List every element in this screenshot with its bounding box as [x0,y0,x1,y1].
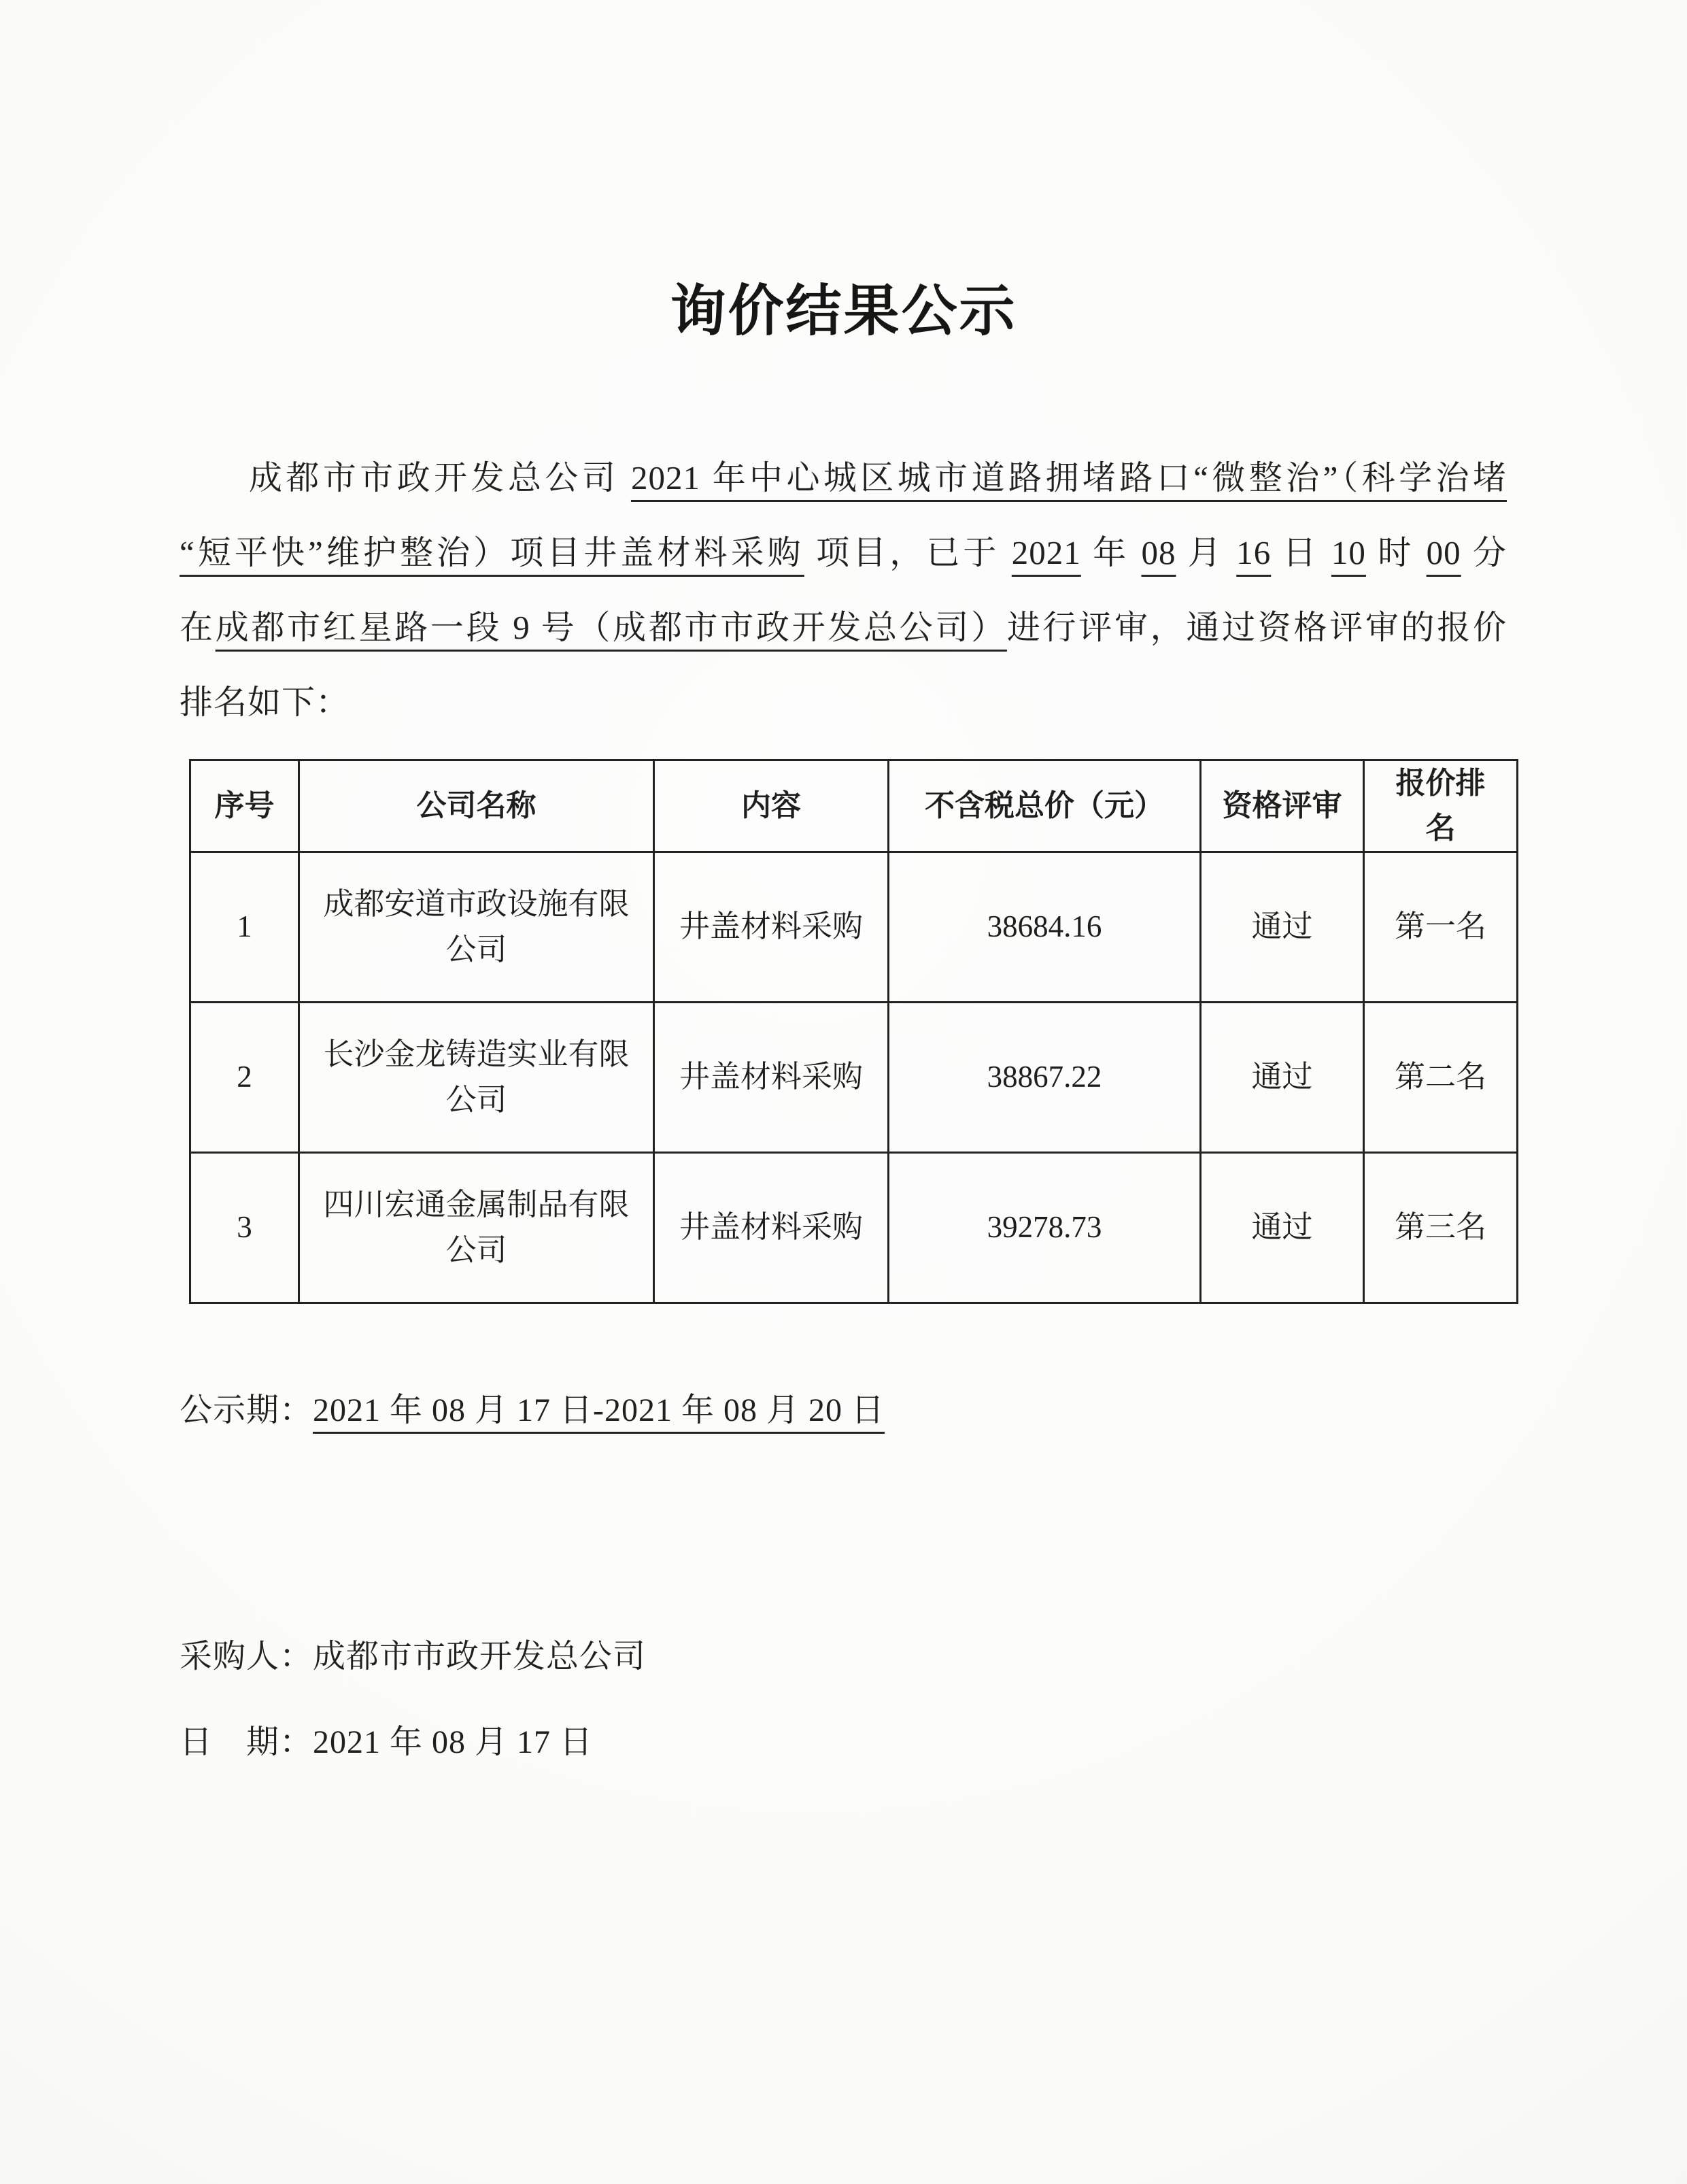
purchaser-name: 成都市市政开发总公司 [313,1639,646,1675]
hour-label: 时 [1366,534,1427,571]
header-company: 公司名称 [299,760,654,852]
header-rank: 报价排名 [1364,760,1518,852]
cell-rank: 第二名 [1364,1003,1518,1153]
review-year: 2021 [1012,534,1081,571]
review-month: 08 [1141,534,1176,571]
paragraph-line-3: 在成都市红星路一段 9 号（成都市市政开发总公司）进行评审，通过资格评审的报价 [180,590,1507,665]
review-result-text: 进行评审，通过资格评审的报价 [1007,609,1507,646]
project-word: 项目，已于 [804,534,1012,571]
document-title: 询价结果公示 [0,267,1687,346]
purchaser-company-text: 成都市市政开发总公司 [249,459,631,497]
cell-price: 39278.73 [889,1153,1201,1303]
table-row: 2 长沙金龙铸造实业有限公司 井盖材料采购 38867.22 通过 第二名 [190,1003,1518,1153]
publicity-period: 2021 年 08 月 17 日-2021 年 08 月 20 日 [313,1392,885,1428]
paragraph-line-2: “短平快”维护整治）项目井盖材料采购 项目，已于 2021 年 08 月 16 … [180,516,1507,590]
cell-qualification: 通过 [1201,1003,1364,1153]
table-header-row: 序号 公司名称 内容 不含税总价（元） 资格评审 报价排名 [190,760,1518,852]
date-value: 2021 年 08 月 17 日 [313,1724,593,1760]
date-label: 日 期： [180,1724,313,1760]
project-name-part2: “短平快”维护整治）项目井盖材料采购 [180,534,804,571]
cell-company: 成都安道市政设施有限公司 [299,852,654,1003]
minute-label: 分 [1461,534,1507,571]
cell-serial: 3 [190,1153,299,1303]
cell-company: 四川宏通金属制品有限公司 [299,1153,654,1303]
review-address: 成都市红星路一段 9 号（成都市市政开发总公司） [216,609,1007,646]
paragraph-line-4: 排名如下： [180,665,1507,740]
cell-content: 井盖材料采购 [654,852,889,1003]
cell-price: 38684.16 [889,852,1201,1003]
cell-qualification: 通过 [1201,852,1364,1003]
header-price: 不含税总价（元） [889,760,1201,852]
cell-rank: 第三名 [1364,1153,1518,1303]
date-line: 日 期：2021 年 08 月 17 日 [180,1715,593,1762]
cell-price: 38867.22 [889,1003,1201,1153]
header-content: 内容 [654,760,889,852]
cell-content: 井盖材料采购 [654,1153,889,1303]
review-minute: 00 [1427,534,1461,571]
publicity-period-line: 公示期：2021 年 08 月 17 日-2021 年 08 月 20 日 [180,1383,885,1430]
table-row: 3 四川宏通金属制品有限公司 井盖材料采购 39278.73 通过 第三名 [190,1153,1518,1303]
document-page: 询价结果公示 成都市市政开发总公司 2021 年中心城区城市道路拥堵路口“微整治… [0,0,1687,2184]
cell-rank: 第一名 [1364,852,1518,1003]
intro-paragraph: 成都市市政开发总公司 2021 年中心城区城市道路拥堵路口“微整治”（科学治堵 … [180,441,1507,740]
cell-company: 长沙金龙铸造实业有限公司 [299,1003,654,1153]
purchaser-label: 采购人： [180,1639,313,1675]
year-label: 年 [1081,534,1142,571]
month-label: 月 [1176,534,1236,571]
paragraph-line-1: 成都市市政开发总公司 2021 年中心城区城市道路拥堵路口“微整治”（科学治堵 [180,441,1507,516]
project-name-part1: 2021 年中心城区城市道路拥堵路口“微整治”（科学治堵 [631,459,1507,497]
day-label: 日 [1271,534,1331,571]
header-qualification: 资格评审 [1201,760,1364,852]
cell-serial: 1 [190,852,299,1003]
cell-serial: 2 [190,1003,299,1153]
review-hour: 10 [1331,534,1366,571]
results-table: 序号 公司名称 内容 不含税总价（元） 资格评审 报价排名 1 成都安道市政设施… [189,759,1518,1304]
at-word: 在 [180,609,216,646]
purchaser-line: 采购人：成都市市政开发总公司 [180,1630,646,1677]
cell-qualification: 通过 [1201,1153,1364,1303]
table-row: 1 成都安道市政设施有限公司 井盖材料采购 38684.16 通过 第一名 [190,852,1518,1003]
review-day: 16 [1236,534,1271,571]
cell-content: 井盖材料采购 [654,1003,889,1153]
header-serial: 序号 [190,760,299,852]
publicity-label: 公示期： [180,1392,313,1428]
